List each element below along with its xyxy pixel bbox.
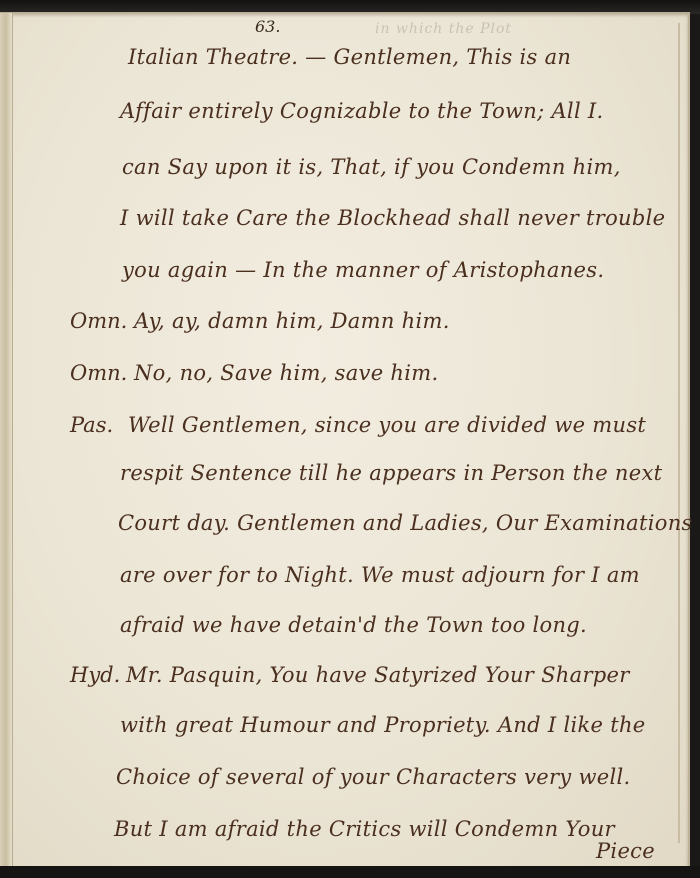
text-line-14: with great Humour and Propriety. And I l… [120,713,646,737]
speaker-label: Hyd. [70,663,120,687]
scan-bottom-border [0,866,700,878]
binding-gutter [0,13,13,869]
text-line-12: afraid we have detain'd the Town too lon… [120,613,587,637]
text-line-5: you again — In the manner of Aristophane… [122,258,604,282]
text-line-8: Well Gentlemen, since you are divided we… [128,413,646,437]
text-line-1: Italian Theatre. — Gentlemen, This is an [128,45,571,69]
speaker-label: Omn. [70,309,127,333]
text-line-7: No, no, Save him, save him. [134,361,438,385]
bleed-through-text: in which the Plot [375,21,512,37]
text-line-9: respit Sentence till he appears in Perso… [120,461,662,485]
text-line-3: can Say upon it is, That, if you Condemn… [122,155,621,179]
speaker-label: Omn. [70,361,127,385]
text-line-13: Mr. Pasquin, You have Satyrized Your Sha… [126,663,630,687]
text-line-4: I will take Care the Blockhead shall nev… [120,206,665,230]
page-edge [678,23,680,843]
text-line-11: are over for to Night. We must adjourn f… [120,563,640,587]
text-line-2: Affair entirely Cognizable to the Town; … [120,99,604,123]
page-number: 63. [255,17,280,36]
text-line-15: Choice of several of your Characters ver… [116,765,630,789]
manuscript-page: 63. in which the Plot Italian Theatre. —… [0,12,690,872]
catchword: Piece [596,839,655,863]
text-line-10: Court day. Gentlemen and Ladies, Our Exa… [118,511,693,535]
text-line-6: Ay, ay, damn him, Damn him. [134,309,450,333]
text-line-16: But I am afraid the Critics will Condemn… [114,817,615,841]
speaker-label: Pas. [70,413,113,437]
